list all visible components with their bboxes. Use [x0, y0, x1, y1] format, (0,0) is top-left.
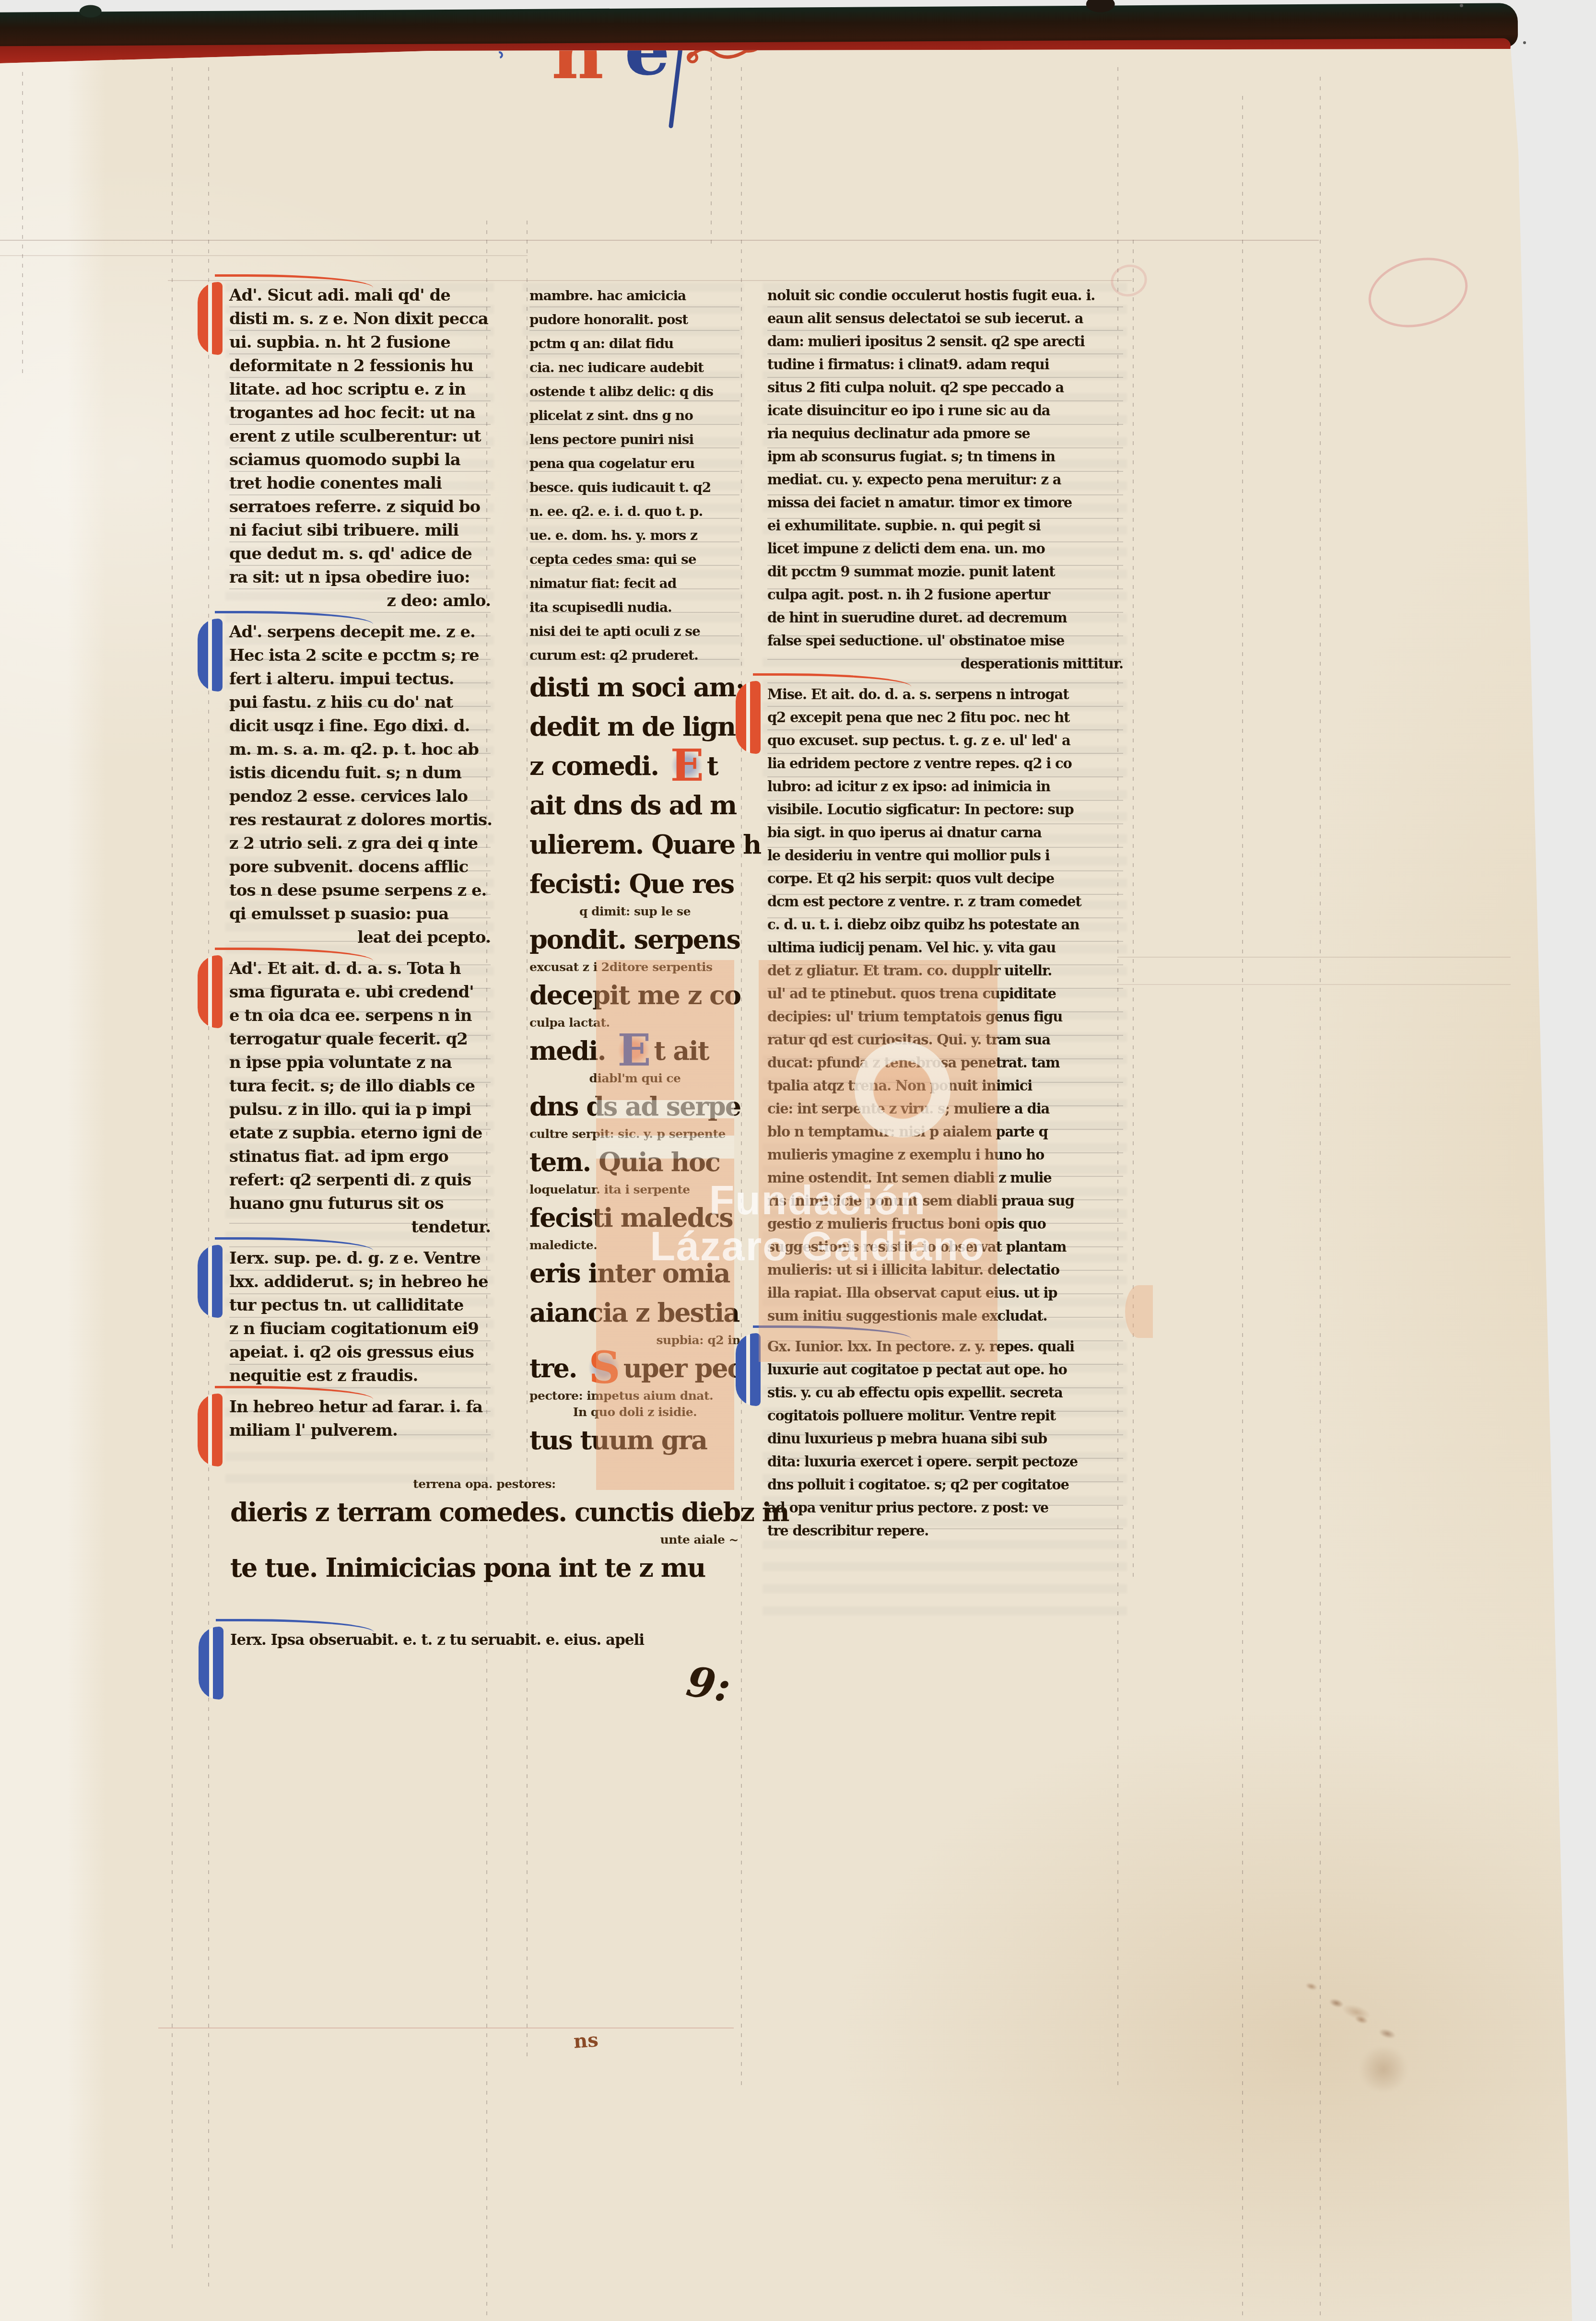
text-line: icate disuincitur eo ipo i rune sic au d…: [767, 399, 1123, 422]
text-line: dns polluit i cogitatoe. s; q2 per cogit…: [767, 1473, 1123, 1496]
text-line: luxurie aut cogitatoe p pectat aut ope. …: [767, 1358, 1123, 1381]
text-line: lubro: ad icitur z ex ipso: ad inimicia …: [767, 775, 1123, 798]
gloss-paragraph: noluit sic condie occulerut hostis fugit…: [767, 284, 1123, 675]
text-line: tur pectus tn. ut calliditate: [229, 1294, 491, 1317]
decorated-initial: E: [613, 1035, 654, 1066]
text-line: visibile. Locutio sigficatur: In pectore…: [767, 798, 1123, 821]
text-line: ipm ab sconsurus fugiat. s; tn timens in: [767, 445, 1123, 468]
ruling-line: [22, 72, 23, 379]
text-line: n. ee. q2. e. i. d. quo t. p.: [529, 500, 739, 524]
text-line: deformitate n 2 fessionis hu: [229, 354, 491, 378]
text-line: ni faciut sibi tribuere. mili: [229, 519, 491, 542]
text-line: z 2 utrio seli. z gra dei q inte: [229, 832, 491, 856]
ruling-line: [158, 2028, 734, 2028]
text-line: erent z utile sculberentur: ut: [229, 425, 491, 448]
text-line: qi emulsset p suasio: pua: [229, 903, 491, 926]
text-line: tura fecit. s; de illo diabls ce: [229, 1075, 491, 1098]
text-line: dit pcctm 9 summat mozie. punit latent: [767, 560, 1123, 583]
decorated-initial: S: [585, 1352, 623, 1383]
bible-verse-line: tem. Quia hoc: [529, 1142, 740, 1182]
text-line: bia sigt. in quo iperus ai dnatur carna: [767, 821, 1123, 844]
binding-nub: [1086, 0, 1115, 12]
bible-verse-line: decepit me z co: [529, 975, 740, 1015]
bible-verse-line: tus tuum gra: [529, 1420, 740, 1460]
text-line: pendoz 2 esse. cervices lalo: [229, 785, 491, 809]
paragraph-initial-bracket: [198, 1245, 223, 1318]
gloss-column-right: noluit sic condie occulerut hostis fugit…: [767, 284, 1123, 1550]
text-line: Hec ista 2 scite e pcctm s; re: [229, 644, 491, 668]
text-line: plicelat z sint. dns g no: [529, 404, 739, 428]
text-line: false spei seductione. ul' obstinatoe mi…: [767, 629, 1123, 652]
text-line: z deo: amlo.: [229, 589, 491, 613]
bible-verse-line: medi. Et ait: [529, 1031, 740, 1070]
text-line: e tn oia dca ee. serpens n in: [229, 1004, 491, 1028]
text-line: ad opa venitur prius pectore. z post: ve: [767, 1496, 1123, 1519]
bible-verse-line: dedit m de ligno: [529, 707, 740, 746]
ruling-line: [741, 67, 742, 2086]
text-line: pena qua cogelatur eru: [529, 452, 739, 476]
text-line: refert: q2 serpenti di. z quis: [229, 1169, 491, 1192]
text-line: le desideriu in ventre qui mollior puls …: [767, 844, 1123, 867]
watermark-line1: Fundación: [602, 1177, 1033, 1223]
text-line: ducat: pfunda z tenebrosa penetrat. tam: [767, 1051, 1123, 1074]
parchment-page: ʾ n e Ad'. Sicut adi. mali qd' dedisti m…: [0, 0, 1596, 2321]
text-line: lia edridem pectore z ventre repes. q2 i…: [767, 752, 1123, 775]
gloss-paragraph: Ad'. Et ait. d. d. a. s. Tota hsma figur…: [229, 957, 491, 1239]
text-line: eaun alit sensus delectatoi se sub iecer…: [767, 307, 1123, 330]
text-line: lens pectore puniri nisi: [529, 428, 739, 452]
text-line: miliam l' pulverem.: [229, 1419, 491, 1442]
text-line: mulieris ymagine z exemplu i huno ho: [767, 1143, 1123, 1166]
interlinear-gloss-line: cultre serpit: sic. y. p serpente: [529, 1126, 740, 1142]
ruling-line: [0, 255, 528, 256]
gloss-column-left: Ad'. Sicut adi. mali qd' dedisti m. s. z…: [229, 284, 491, 1450]
interlinear-gloss-line: terrena opa. pestores:: [230, 1476, 739, 1492]
bible-column-top-gloss: mambre. hac amiciciapudore honoralit. po…: [529, 284, 739, 675]
dust-speck: [1523, 41, 1526, 44]
bible-verse-line: aiancia z bestia: [529, 1293, 740, 1332]
text-line: quo excuset. sup pectus. t. g. z e. ul' …: [767, 729, 1123, 752]
bible-verse-line: disti m soci am:: [529, 668, 740, 707]
text-line: stinatus fiat. ad ipm ergo: [229, 1145, 491, 1169]
text-line: corpe. Et q2 his serpit: quos vult decip…: [767, 867, 1123, 890]
gathering-flourish: 9:: [683, 1657, 734, 1711]
text-line: mediat. cu. y. expecto pena meruitur: z …: [767, 468, 1123, 491]
text-line: ostende t alibz delic: q dis: [529, 380, 739, 404]
ruling-line: [1133, 240, 1134, 1582]
bible-verse-line: dns ds ad serpe: [529, 1087, 740, 1126]
text-line: pui fastu. z hiis cu do' nat: [229, 691, 491, 715]
paragraph-initial-bracket: [198, 1394, 223, 1466]
paragraph-initial-bracket: [198, 619, 223, 692]
watermark-monogram-fragment: [1125, 1285, 1153, 1338]
bible-verse-line: z comedi. Et: [529, 746, 740, 785]
interlinear-gloss-line: excusat z i 2ditore serpentis: [529, 959, 740, 975]
text-line: tudine i firmatus: i clinat9. adam requi: [767, 353, 1123, 376]
interlinear-gloss-line: q dimit: sup le se: [529, 903, 740, 920]
paragraph-initial-bracket: [736, 681, 761, 754]
text-line: pudore honoralit. post: [529, 308, 739, 332]
text-line: tret hodie conentes mali: [229, 472, 491, 495]
text-line: licet impune z delicti dem ena. un. mo: [767, 537, 1123, 560]
text-line: litate. ad hoc scriptu e. z in: [229, 378, 491, 401]
bible-verse-line: tre. Super pec: [529, 1348, 740, 1388]
faded-red-seal-mark: [1361, 248, 1475, 338]
text-line: pore subvenit. docens afflic: [229, 856, 491, 879]
text-line: nisi dei te apti oculi z se: [529, 620, 739, 644]
text-line: fert i alteru. impui tectus.: [229, 668, 491, 691]
gloss-paragraph: Ad'. serpens decepit me. z e.Hec ista 2 …: [229, 621, 491, 949]
dust-speck: [1460, 4, 1463, 7]
gloss-paragraph: mambre. hac amiciciapudore honoralit. po…: [529, 284, 739, 668]
interlinear-gloss-line: pectore: impetus aium dnat.: [529, 1388, 740, 1404]
bible-verse-line: pondit. serpens: [529, 920, 740, 959]
text-line: curum est: q2 pruderet.: [529, 644, 739, 668]
text-line: apeiat. i. q2 ois gressus eius: [229, 1341, 491, 1364]
text-line: tendetur.: [229, 1216, 491, 1239]
interlinear-gloss-line: diabl'm qui ce: [529, 1070, 740, 1087]
text-line: m. m. s. a. m. q2. p. t. hoc ab: [229, 738, 491, 762]
text-line: dcm est pectore z ventre. r. z tram come…: [767, 890, 1123, 913]
quire-signature: ns: [573, 2028, 599, 2052]
paragraph-initial-bracket: [736, 1333, 761, 1406]
text-line: huano gnu futurus sit os: [229, 1192, 491, 1216]
ruling-line: [527, 221, 528, 2062]
ruling-line: [1117, 984, 1511, 985]
text-line: cogitatois polluere molitur. Ventre repi…: [767, 1404, 1123, 1427]
text-line: sum initiu suggestionis male excludat.: [767, 1304, 1123, 1327]
text-line: tpalia atqz trena. Non ponuit inimici: [767, 1074, 1123, 1097]
text-line: mambre. hac amicicia: [529, 284, 739, 308]
text-line: dinu luxurieus p mebra huana sibi sub: [767, 1427, 1123, 1450]
text-line: besce. quis iudicauit t. q2: [529, 476, 739, 500]
paragraph-initial-bracket: [199, 1627, 223, 1700]
bible-verse-line: ulierem. Quare h: [529, 825, 740, 864]
text-line: nequitie est z fraudis.: [229, 1364, 491, 1388]
text-line: res restaurat z dolores mortis.: [229, 809, 491, 832]
text-line: sma figurata e. ubi credend': [229, 981, 491, 1004]
text-line: missa dei faciet n amatur. timor ex timo…: [767, 491, 1123, 514]
ruling-line: [172, 67, 173, 2254]
text-line: q2 excepit pena que nec 2 fitu poc. nec …: [767, 706, 1123, 729]
text-line: trogantes ad hoc fecit: ut na: [229, 401, 491, 425]
text-line: ue. e. dom. hs. y. mors z: [529, 524, 739, 548]
text-line: stis. y. cu ab effectu opis expellit. se…: [767, 1381, 1123, 1404]
ink-stain: [1279, 1964, 1433, 2061]
ruling-line: [1117, 957, 1511, 958]
gloss-paragraph: Gx. Iunior. lxx. In pectore. z. y. repes…: [767, 1335, 1123, 1542]
text-line: decipies: ul' trium temptatois genus fig…: [767, 1005, 1123, 1028]
text-line: nimatur fiat: fecit ad: [529, 572, 739, 596]
text-line: n ipse ppia voluntate z na: [229, 1051, 491, 1075]
text-line: cie: int serpente z viru. s; muliere a d…: [767, 1097, 1123, 1120]
text-line: dicit usqz i fine. Ego dixi. d.: [229, 715, 491, 738]
ruling-line: [0, 240, 1319, 241]
text-line: de hint in suerudine duret. ad decremum: [767, 606, 1123, 629]
text-line: pulsu. z in illo. qui ia p impi: [229, 1098, 491, 1122]
text-line: situs 2 fiti culpa noluit. q2 spe peccad…: [767, 376, 1123, 399]
text-line: tos n dese psume serpens z e.: [229, 879, 491, 903]
text-line: ul' ad te ptinebut. quos trena cupiditat…: [767, 982, 1123, 1005]
paragraph-initial-bracket: [198, 955, 223, 1028]
text-line: tre describitur repere.: [767, 1519, 1123, 1542]
interlinear-gloss-line: unte aiale ~: [230, 1532, 739, 1548]
bible-verse-line: fecisti: Que res: [529, 864, 740, 903]
text-line: serratoes referre. z siquid bo: [229, 495, 491, 519]
text-line: dita: luxuria exercet i opere. serpit pe…: [767, 1450, 1123, 1473]
text-line: leat dei pcepto.: [229, 926, 491, 949]
manuscript-photo: ʾ n e Ad'. Sicut adi. mali qd' dedisti m…: [0, 0, 1596, 2321]
interlinear-gloss-line: In quo doli z isidie.: [529, 1404, 740, 1420]
text-line: cepta cedes sma: qui se: [529, 548, 739, 572]
ink-stain-halo: [1357, 2048, 1410, 2091]
text-line: ita scupisedli nudia.: [529, 596, 739, 620]
text-line: ui. supbia. n. ht 2 fusione: [229, 331, 491, 354]
bible-text-bottom-block: terrena opa. pestores:dieris z terram co…: [230, 1476, 739, 1587]
text-line: ultima iudicij penam. Vel hic. y. vita g…: [767, 936, 1123, 959]
bible-verse-line: ait dns ds ad m: [529, 785, 740, 825]
text-line: blo n temptamur: nisi p aialem parte q: [767, 1120, 1123, 1143]
gloss-paragraph: In hebreo hetur ad farar. i. familiam l'…: [229, 1395, 491, 1442]
text-line: sciamus quomodo supbi la: [229, 448, 491, 472]
gloss-paragraph: Ad'. Sicut adi. mali qd' dedisti m. s. z…: [229, 284, 491, 613]
watermark-line2: Lázaro Galdiano: [602, 1223, 1033, 1269]
text-line: illa rapiat. Illa observat caput eius. u…: [767, 1281, 1123, 1304]
ruling-line: [208, 67, 209, 2292]
decorated-initial: E: [667, 750, 707, 781]
text-line: ria nequius declinatur ada pmore se: [767, 422, 1123, 445]
bottom-gloss-line: Ierx. Ipsa obseruabit. e. t. z tu seruab…: [230, 1629, 739, 1659]
text-line: ratur qd est curiositas. Qui. y. tram su…: [767, 1028, 1123, 1051]
bible-verse-line: dieris z terram comedes. cunctis diebz i…: [230, 1492, 739, 1532]
text-line: lxx. addiderut. s; in hebreo he: [229, 1270, 491, 1294]
text-line: cia. nec iudicare audebit: [529, 356, 739, 380]
text-line: istis dicendu fuit. s; n dum: [229, 762, 491, 785]
gloss-paragraph: Ierx. Ipsa obseruabit. e. t. z tu seruab…: [230, 1629, 739, 1652]
ruling-line: [1242, 96, 1243, 2321]
text-line: dam: mulieri ipositus 2 sensit. q2 spe a…: [767, 330, 1123, 353]
watermark-text: Fundación Lázaro Galdiano: [602, 1177, 1033, 1269]
text-line: pctm q an: dilat fidu: [529, 332, 739, 356]
text-line: que dedut m. s. qd' adice de: [229, 542, 491, 566]
text-line: desperationis mittitur.: [767, 652, 1123, 675]
text-line: disti m. s. z e. Non dixit pecca: [229, 307, 491, 331]
binding-nub: [80, 5, 102, 17]
bible-verse-line: te tue. Inimicicias pona int te z mu: [230, 1548, 739, 1587]
text-line: det z gliatur. Et tram. co. dupplr uitel…: [767, 959, 1123, 982]
gloss-paragraph: Ierx. sup. pe. d. g. z e. Ventrelxx. add…: [229, 1247, 491, 1388]
text-line: etate z supbia. eterno igni de: [229, 1122, 491, 1145]
interlinear-gloss-line: supbia: q2 in: [529, 1332, 740, 1348]
text-line: z n fiuciam cogitationum ei9: [229, 1317, 491, 1341]
text-line: culpa agit. post. n. ih 2 fusione apertu…: [767, 583, 1123, 606]
paragraph-initial-bracket: [198, 282, 223, 355]
text-line: noluit sic condie occulerut hostis fugit…: [767, 284, 1123, 307]
text-line: ei exhumilitate. supbie. n. qui pegit si: [767, 514, 1123, 537]
text-line: ra sit: ut n ipsa obedire iuo:: [229, 566, 491, 589]
text-line: terrogatur quale fecerit. q2: [229, 1028, 491, 1051]
text-line: c. d. u. t. i. diebz oibz quibz hs potes…: [767, 913, 1123, 936]
bible-text-column: disti m soci am:dedit m de lignoz comedi…: [529, 668, 740, 1460]
